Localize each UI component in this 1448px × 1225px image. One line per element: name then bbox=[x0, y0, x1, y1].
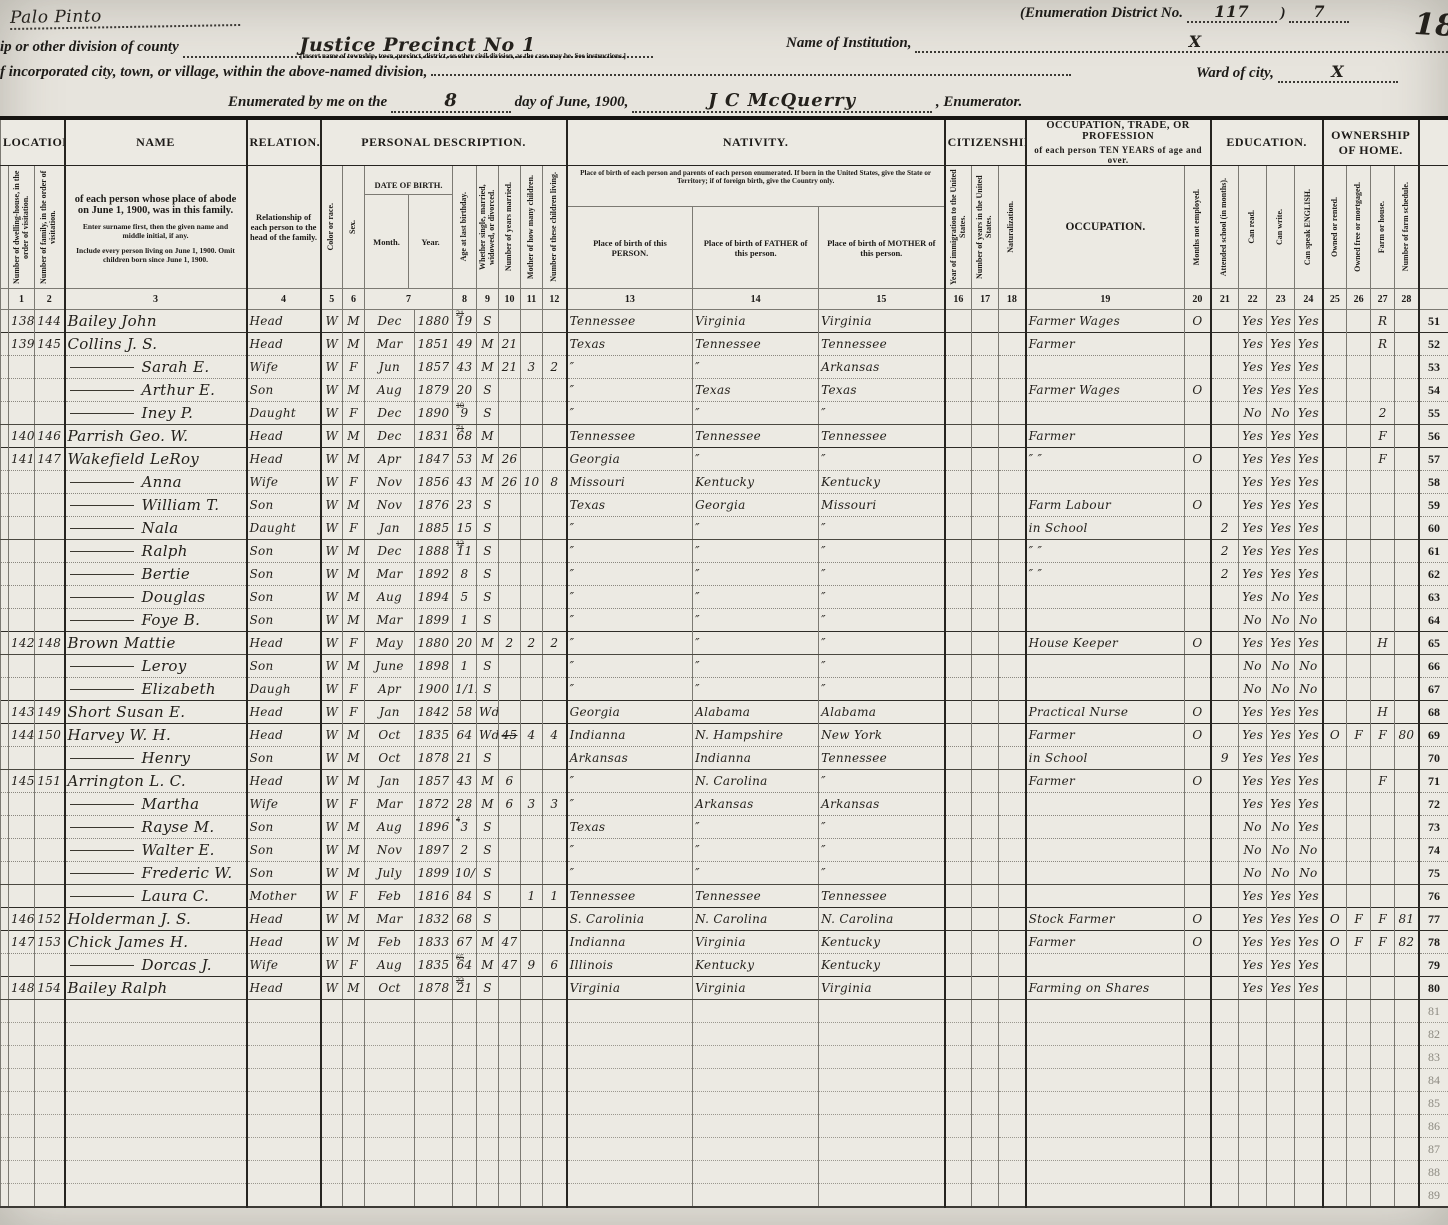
cell-naturalization bbox=[999, 724, 1026, 747]
cell-dwelling bbox=[9, 1069, 35, 1092]
group-ownership: OWNERSHIP OF HOME. bbox=[1323, 118, 1419, 166]
cell-family bbox=[35, 1115, 65, 1138]
line-number-column-header bbox=[1419, 118, 1448, 166]
cell-mother-of bbox=[521, 379, 543, 402]
cell-children-living bbox=[543, 1115, 567, 1138]
cell-farm-house: F bbox=[1371, 770, 1395, 793]
cell-immigration bbox=[945, 402, 972, 425]
cell-birth-year: 1835 bbox=[415, 724, 453, 747]
cell-birth-month: Feb bbox=[365, 931, 415, 954]
col-family-header: Number of family, in the order of visita… bbox=[35, 166, 65, 289]
cell-marital: S bbox=[477, 494, 499, 517]
cell-age: 8 bbox=[453, 563, 477, 586]
cell-years-us bbox=[972, 356, 999, 379]
cell-pob-father bbox=[693, 1161, 819, 1184]
cell-can-read: No bbox=[1239, 839, 1267, 862]
cell-can-write: No bbox=[1267, 839, 1295, 862]
cell-months-not-employed bbox=[1185, 1000, 1211, 1023]
cell-naturalization bbox=[999, 1161, 1026, 1184]
given-name: Douglas bbox=[142, 588, 206, 606]
cell-owned-rented bbox=[1323, 678, 1347, 701]
cell-can-read: Yes bbox=[1239, 793, 1267, 816]
cell-children-living bbox=[543, 1161, 567, 1184]
cell-can-write: Yes bbox=[1267, 425, 1295, 448]
cell-mother-of bbox=[521, 816, 543, 839]
cell-school-months bbox=[1211, 1046, 1239, 1069]
cell-line-number: 78 bbox=[1419, 931, 1448, 954]
cell-pob-mother: Kentucky bbox=[819, 931, 945, 954]
cell-mother-of bbox=[521, 701, 543, 724]
cell-can-speak-english bbox=[1295, 1069, 1323, 1092]
cell-years-married bbox=[499, 839, 521, 862]
given-name: Mattie bbox=[124, 634, 176, 652]
cell-can-read bbox=[1239, 1023, 1267, 1046]
cell-pob-father: ″ bbox=[693, 655, 819, 678]
table-row: LeroySonWMJune18981S″″″NoNoNo66 bbox=[1, 655, 1448, 678]
cell-children-living bbox=[543, 448, 567, 471]
cell-marital: M bbox=[477, 333, 499, 356]
cell-can-read: Yes bbox=[1239, 977, 1267, 1000]
cell-occupation bbox=[1026, 609, 1185, 632]
cell-birth-year: 1816 bbox=[415, 885, 453, 908]
city-line: f incorporated city, town, or village, w… bbox=[0, 64, 1071, 81]
cell-family bbox=[35, 1161, 65, 1184]
cell-years-us bbox=[972, 609, 999, 632]
cell-years-married bbox=[499, 885, 521, 908]
cell-months-not-employed bbox=[1185, 333, 1211, 356]
cell-children-living bbox=[543, 816, 567, 839]
cell-free-mortgaged bbox=[1347, 471, 1371, 494]
cell-age bbox=[453, 1023, 477, 1046]
cell-age bbox=[453, 1092, 477, 1115]
cell-months-not-employed bbox=[1185, 540, 1211, 563]
cell-immigration bbox=[945, 632, 972, 655]
cell-years-married bbox=[499, 747, 521, 770]
cell-birth-month bbox=[365, 1092, 415, 1115]
cell-birth-month: Apr bbox=[365, 448, 415, 471]
cell-farm-house bbox=[1371, 839, 1395, 862]
edge-cell bbox=[1, 1161, 9, 1184]
cell-months-not-employed bbox=[1185, 425, 1211, 448]
cell-months-not-employed bbox=[1185, 1046, 1211, 1069]
cell-pob-father bbox=[693, 1046, 819, 1069]
cell-immigration bbox=[945, 1138, 972, 1161]
cell-relation: Wife bbox=[247, 954, 321, 977]
cell-farm-schedule bbox=[1395, 977, 1419, 1000]
cell-line-number: 61 bbox=[1419, 540, 1448, 563]
cell-children-living: 3 bbox=[543, 793, 567, 816]
cell-pob-mother: Virginia bbox=[819, 310, 945, 333]
cell-sex bbox=[343, 1115, 365, 1138]
cell-school-months: 2 bbox=[1211, 563, 1239, 586]
cell-age bbox=[453, 1115, 477, 1138]
edge-cell bbox=[1, 885, 9, 908]
cell-children-living bbox=[543, 1092, 567, 1115]
cell-free-mortgaged bbox=[1347, 517, 1371, 540]
cell-pob-person bbox=[567, 1184, 693, 1208]
cell-months-not-employed: O bbox=[1185, 379, 1211, 402]
cell-owned-rented bbox=[1323, 954, 1347, 977]
form-header: Palo Pinto (Enumeration District No. 117… bbox=[0, 0, 1448, 116]
cell-relation: Head bbox=[247, 333, 321, 356]
cell-relation: Head bbox=[247, 310, 321, 333]
cell-pob-father: ″ bbox=[693, 563, 819, 586]
cell-free-mortgaged bbox=[1347, 1138, 1371, 1161]
cell-years-us bbox=[972, 770, 999, 793]
cell-birth-month bbox=[365, 1046, 415, 1069]
cell-pob-person: ″ bbox=[567, 586, 693, 609]
cell-color: W bbox=[321, 885, 343, 908]
cell-naturalization bbox=[999, 885, 1026, 908]
cell-relation: Wife bbox=[247, 793, 321, 816]
cell-farm-schedule bbox=[1395, 1046, 1419, 1069]
cell-birth-month: Aug bbox=[365, 816, 415, 839]
colnum-10: 10 bbox=[499, 289, 521, 310]
cell-marital: S bbox=[477, 586, 499, 609]
cell-farm-schedule bbox=[1395, 310, 1419, 333]
cell-marital bbox=[477, 1138, 499, 1161]
given-name: Dorcas J. bbox=[142, 956, 212, 974]
cell-sex: M bbox=[343, 724, 365, 747]
cell-name: Elizabeth bbox=[65, 678, 247, 701]
col-owned-rented-header: Owned or rented. bbox=[1323, 166, 1347, 289]
cell-can-read: No bbox=[1239, 678, 1267, 701]
cell-owned-rented bbox=[1323, 793, 1347, 816]
cell-years-married bbox=[499, 425, 521, 448]
cell-birth-year bbox=[415, 1138, 453, 1161]
cell-pob-mother: ″ bbox=[819, 816, 945, 839]
cell-can-read bbox=[1239, 1161, 1267, 1184]
cell-occupation: Farming on Shares bbox=[1026, 977, 1185, 1000]
cell-free-mortgaged bbox=[1347, 977, 1371, 1000]
cell-years-us bbox=[972, 747, 999, 770]
cell-school-months bbox=[1211, 793, 1239, 816]
cell-immigration bbox=[945, 885, 972, 908]
cell-naturalization bbox=[999, 1023, 1026, 1046]
cell-years-married bbox=[499, 494, 521, 517]
cell-family: 152 bbox=[35, 908, 65, 931]
cell-years-married bbox=[499, 563, 521, 586]
cell-marital: S bbox=[477, 885, 499, 908]
cell-years-us bbox=[972, 908, 999, 931]
edge-cell bbox=[1, 1000, 9, 1023]
cell-marital: S bbox=[477, 609, 499, 632]
cell-name bbox=[65, 1023, 247, 1046]
cell-relation bbox=[247, 1069, 321, 1092]
cell-farm-house bbox=[1371, 356, 1395, 379]
cell-relation: Wife bbox=[247, 356, 321, 379]
cell-owned-rented bbox=[1323, 885, 1347, 908]
cell-name: Martha bbox=[65, 793, 247, 816]
cell-family: 146 bbox=[35, 425, 65, 448]
edge-cell bbox=[1, 770, 9, 793]
cell-pob-person: ″ bbox=[567, 379, 693, 402]
line-number-header bbox=[1419, 166, 1448, 289]
cell-months-not-employed: O bbox=[1185, 632, 1211, 655]
cell-birth-month: Jan bbox=[365, 701, 415, 724]
records-body: 138144Bailey JohnHeadWMDec18802119STenne… bbox=[1, 310, 1448, 1208]
colnum-14: 14 bbox=[693, 289, 819, 310]
cell-pob-father: Tennessee bbox=[693, 885, 819, 908]
cell-farm-house bbox=[1371, 1069, 1395, 1092]
cell-pob-father: Tennessee bbox=[693, 333, 819, 356]
cell-occupation: Stock Farmer bbox=[1026, 908, 1185, 931]
cell-naturalization bbox=[999, 954, 1026, 977]
cell-occupation bbox=[1026, 793, 1185, 816]
cell-occupation bbox=[1026, 816, 1185, 839]
cell-can-read: Yes bbox=[1239, 701, 1267, 724]
cell-pob-person: ″ bbox=[567, 770, 693, 793]
cell-farm-house bbox=[1371, 586, 1395, 609]
census-sheet-page: Palo Pinto (Enumeration District No. 117… bbox=[0, 0, 1448, 1225]
cell-naturalization bbox=[999, 1069, 1026, 1092]
cell-can-read: Yes bbox=[1239, 908, 1267, 931]
cell-farm-house bbox=[1371, 655, 1395, 678]
cell-family: 154 bbox=[35, 977, 65, 1000]
cell-birth-year: 1890 bbox=[415, 402, 453, 425]
cell-months-not-employed bbox=[1185, 402, 1211, 425]
cell-relation: Son bbox=[247, 747, 321, 770]
cell-line-number: 71 bbox=[1419, 770, 1448, 793]
cell-owned-rented bbox=[1323, 586, 1347, 609]
cell-immigration bbox=[945, 448, 972, 471]
cell-years-us bbox=[972, 655, 999, 678]
cell-sex: M bbox=[343, 563, 365, 586]
cell-free-mortgaged bbox=[1347, 563, 1371, 586]
edge-cell bbox=[1, 954, 9, 977]
cell-pob-person: Texas bbox=[567, 494, 693, 517]
cell-name bbox=[65, 1046, 247, 1069]
cell-name bbox=[65, 1069, 247, 1092]
cell-children-living bbox=[543, 977, 567, 1000]
cell-marital: S bbox=[477, 839, 499, 862]
cell-sex: M bbox=[343, 494, 365, 517]
cell-owned-rented bbox=[1323, 356, 1347, 379]
cell-can-speak-english bbox=[1295, 1115, 1323, 1138]
edge-cell bbox=[1, 1023, 9, 1046]
cell-years-us bbox=[972, 1184, 999, 1208]
edge-cell bbox=[1, 471, 9, 494]
cell-pob-father: N. Hampshire bbox=[693, 724, 819, 747]
col-farm-schedule-header: Number of farm schedule. bbox=[1395, 166, 1419, 289]
cell-pob-mother bbox=[819, 1092, 945, 1115]
given-name: Ralph bbox=[121, 979, 167, 997]
cell-farm-schedule bbox=[1395, 563, 1419, 586]
cell-family bbox=[35, 1023, 65, 1046]
table-row: 142148Brown MattieHeadWFMay188020M222″″″… bbox=[1, 632, 1448, 655]
cell-can-read: Yes bbox=[1239, 724, 1267, 747]
cell-sex: M bbox=[343, 931, 365, 954]
cell-marital: M bbox=[477, 770, 499, 793]
table-row: 138144Bailey JohnHeadWMDec18802119STenne… bbox=[1, 310, 1448, 333]
cell-birth-year: 1857 bbox=[415, 356, 453, 379]
cell-color: W bbox=[321, 954, 343, 977]
cell-pob-father: Indianna bbox=[693, 747, 819, 770]
col-age-header: Age at last birthday. bbox=[453, 166, 477, 289]
cell-months-not-employed bbox=[1185, 816, 1211, 839]
cell-can-write: Yes bbox=[1267, 747, 1295, 770]
cell-pob-mother: New York bbox=[819, 724, 945, 747]
cell-pob-person: S. Carolinia bbox=[567, 908, 693, 931]
cell-years-us bbox=[972, 1115, 999, 1138]
cell-can-speak-english: Yes bbox=[1295, 632, 1323, 655]
cell-sex: F bbox=[343, 954, 365, 977]
cell-pob-mother bbox=[819, 1023, 945, 1046]
cell-can-speak-english: No bbox=[1295, 678, 1323, 701]
cell-age: 43 bbox=[453, 816, 477, 839]
cell-line-number: 70 bbox=[1419, 747, 1448, 770]
cell-line-number: 83 bbox=[1419, 1046, 1448, 1069]
col-school-header: Attended school (in months). bbox=[1211, 166, 1239, 289]
cell-children-living bbox=[543, 931, 567, 954]
cell-can-write bbox=[1267, 1046, 1295, 1069]
cell-name: Harvey W. H. bbox=[65, 724, 247, 747]
cell-years-us bbox=[972, 839, 999, 862]
cell-can-read: Yes bbox=[1239, 954, 1267, 977]
table-row: Iney P.DaughtWFDec1890109S″″″NoNoYes255 bbox=[1, 402, 1448, 425]
cell-free-mortgaged bbox=[1347, 425, 1371, 448]
cell-pob-father: Arkansas bbox=[693, 793, 819, 816]
col-children-living-header: Number of these children living. bbox=[543, 166, 567, 289]
cell-birth-month: Mar bbox=[365, 908, 415, 931]
colnum-13: 13 bbox=[567, 289, 693, 310]
cell-free-mortgaged bbox=[1347, 1115, 1371, 1138]
cell-naturalization bbox=[999, 1000, 1026, 1023]
cell-pob-father: ″ bbox=[693, 632, 819, 655]
cell-naturalization bbox=[999, 793, 1026, 816]
cell-age: 58 bbox=[453, 701, 477, 724]
cell-free-mortgaged bbox=[1347, 632, 1371, 655]
cell-color: W bbox=[321, 448, 343, 471]
cell-pob-father bbox=[693, 1023, 819, 1046]
cell-years-married bbox=[499, 1161, 521, 1184]
colnum-23: 23 bbox=[1267, 289, 1295, 310]
cell-pob-person: Texas bbox=[567, 816, 693, 839]
cell-children-living: 4 bbox=[543, 724, 567, 747]
cell-can-speak-english: Yes bbox=[1295, 310, 1323, 333]
cell-can-speak-english: No bbox=[1295, 609, 1323, 632]
cell-color: W bbox=[321, 770, 343, 793]
cell-pob-person bbox=[567, 1161, 693, 1184]
surname: Brown bbox=[68, 634, 124, 652]
cell-mother-of: 4 bbox=[521, 724, 543, 747]
colnum-9: 9 bbox=[477, 289, 499, 310]
cell-years-married bbox=[499, 379, 521, 402]
cell-years-married bbox=[499, 655, 521, 678]
cell-occupation bbox=[1026, 1184, 1185, 1208]
cell-mother-of: 1 bbox=[521, 885, 543, 908]
cell-age: 23 bbox=[453, 494, 477, 517]
cell-years-us bbox=[972, 517, 999, 540]
cell-can-speak-english: Yes bbox=[1295, 747, 1323, 770]
cell-color bbox=[321, 1092, 343, 1115]
cell-pob-person: ″ bbox=[567, 793, 693, 816]
cell-pob-father: Texas bbox=[693, 379, 819, 402]
cell-color: W bbox=[321, 793, 343, 816]
cell-months-not-employed: O bbox=[1185, 770, 1211, 793]
cell-occupation: in School bbox=[1026, 517, 1185, 540]
cell-occupation: Farmer Wages bbox=[1026, 379, 1185, 402]
cell-sex bbox=[343, 1138, 365, 1161]
surname: Wakefield bbox=[68, 450, 150, 468]
cell-color: W bbox=[321, 563, 343, 586]
given-name: Arthur E. bbox=[142, 381, 216, 399]
cell-relation: Son bbox=[247, 816, 321, 839]
cell-naturalization bbox=[999, 402, 1026, 425]
cell-free-mortgaged bbox=[1347, 1000, 1371, 1023]
cell-owned-rented bbox=[1323, 1069, 1347, 1092]
cell-free-mortgaged bbox=[1347, 402, 1371, 425]
cell-occupation bbox=[1026, 954, 1185, 977]
cell-years-married: 21 bbox=[499, 356, 521, 379]
cell-color bbox=[321, 1161, 343, 1184]
cell-pob-mother: ″ bbox=[819, 839, 945, 862]
cell-can-read: Yes bbox=[1239, 494, 1267, 517]
cell-owned-rented bbox=[1323, 770, 1347, 793]
table-row: Walter E.SonWMNov18972S″″″NoNoNo74 bbox=[1, 839, 1448, 862]
cell-school-months bbox=[1211, 379, 1239, 402]
cell-school-months bbox=[1211, 448, 1239, 471]
cell-school-months bbox=[1211, 954, 1239, 977]
cell-birth-year: 1897 bbox=[415, 839, 453, 862]
cell-birth-month: Mar bbox=[365, 793, 415, 816]
cell-can-write bbox=[1267, 1000, 1295, 1023]
cell-free-mortgaged bbox=[1347, 586, 1371, 609]
cell-farm-house bbox=[1371, 747, 1395, 770]
cell-immigration bbox=[945, 954, 972, 977]
cell-sex: M bbox=[343, 655, 365, 678]
cell-birth-year: 1842 bbox=[415, 701, 453, 724]
cell-school-months bbox=[1211, 356, 1239, 379]
blank-row: 87 bbox=[1, 1138, 1448, 1161]
cell-pob-father bbox=[693, 1115, 819, 1138]
cell-farm-house: F bbox=[1371, 425, 1395, 448]
cell-relation bbox=[247, 1092, 321, 1115]
cell-pob-father: Virginia bbox=[693, 977, 819, 1000]
cell-relation bbox=[247, 1115, 321, 1138]
cell-birth-year bbox=[415, 1161, 453, 1184]
edge-cell bbox=[1, 356, 9, 379]
surname: Harvey bbox=[68, 726, 130, 744]
cell-pob-mother: ″ bbox=[819, 770, 945, 793]
cell-color: W bbox=[321, 471, 343, 494]
cell-school-months bbox=[1211, 494, 1239, 517]
cell-pob-father bbox=[693, 1138, 819, 1161]
col-pob-mother-header: Place of birth of MOTHER of this person. bbox=[819, 207, 944, 288]
cell-pob-mother: ″ bbox=[819, 586, 945, 609]
cell-age: 43 bbox=[453, 770, 477, 793]
cell-mother-of bbox=[521, 333, 543, 356]
enumeration-district-label: (Enumeration District No. bbox=[1020, 5, 1183, 21]
cell-occupation bbox=[1026, 1115, 1185, 1138]
cell-farm-house bbox=[1371, 1138, 1395, 1161]
cell-children-living: 8 bbox=[543, 471, 567, 494]
cell-marital: M bbox=[477, 471, 499, 494]
cell-pob-mother: ″ bbox=[819, 655, 945, 678]
cell-color: W bbox=[321, 724, 343, 747]
cell-pob-father: ″ bbox=[693, 540, 819, 563]
cell-farm-schedule bbox=[1395, 632, 1419, 655]
cell-can-read: Yes bbox=[1239, 632, 1267, 655]
cell-can-write: Yes bbox=[1267, 724, 1295, 747]
cell-children-living: 2 bbox=[543, 632, 567, 655]
cell-pob-mother: ″ bbox=[819, 632, 945, 655]
cell-free-mortgaged bbox=[1347, 1069, 1371, 1092]
edge-cell bbox=[1, 1138, 9, 1161]
cell-can-read: Yes bbox=[1239, 310, 1267, 333]
cell-naturalization bbox=[999, 977, 1026, 1000]
cell-dwelling bbox=[9, 379, 35, 402]
